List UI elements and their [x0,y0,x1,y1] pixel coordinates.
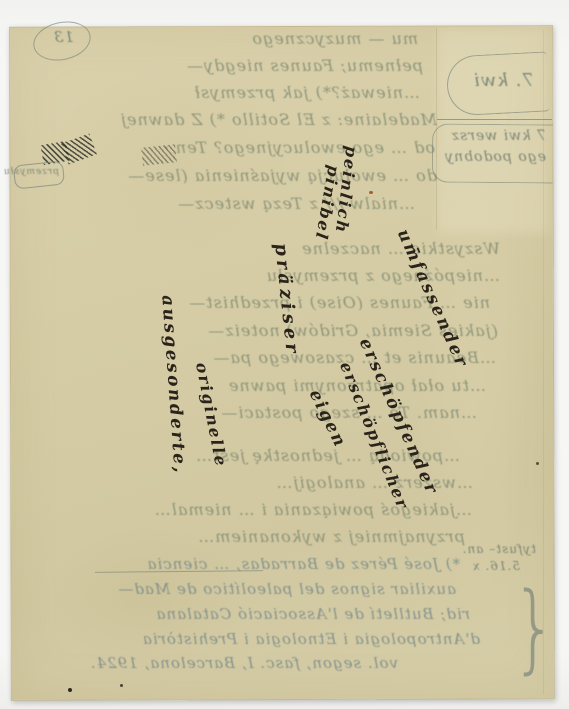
left-margin-box-label: przemysłu [17,168,59,177]
closing-brace-mark: } [512,572,558,684]
bottom-right-note-line1: tyfust– an. [462,543,536,555]
right-margin-rule [437,119,552,120]
ink-speck [68,688,72,692]
scan-background: mu — muzycznego pełnemu; Faunes niegdy— … [0,0,569,709]
bottom-right-note-line2: 5.16. x [472,560,520,572]
bleedthrough-line: do … ewolucją wyjaśnienia (lese— [55,168,437,184]
bleedthrough-citation-line: vol. segon, fasc. I, Barcelona, 1924. [62,656,398,671]
bleedthrough-line: przynajmniej z wykonaniem… [85,529,465,545]
bleedthrough-line: Madelaine: z El Sotillo *) Z dawnej [55,112,437,128]
bleedthrough-line: mu — muzycznego [150,31,418,47]
bleedthrough-line: od … ego ewolucyjnego? Ten · [55,140,435,156]
bleedthrough-line: …jakiegoś powiązania i … niemal… [90,502,472,518]
bleedthrough-line: …nialw /// z Tezą wstecz— [75,196,415,212]
right-margin-box-line2: ego podobny [442,150,546,164]
bleedthrough-line: …niepóźnego z przemysłu [140,268,500,284]
bleedthrough-line: pełnemu; Faunes niegdy— [55,58,423,74]
bleedthrough-citation-line: rid; Butlletí de l'Associació Catalana [40,607,470,622]
right-margin-oval-label: 7. kwi [462,72,534,90]
bleedthrough-citation-line: d'Antropologia i Etnologia i Prehistòria [40,632,480,647]
ink-speck [120,684,123,687]
right-margin-box-line1: 7 kwi wersz [462,129,546,143]
bleedthrough-line: …nieważ?*) jak przemysł [60,85,420,101]
top-left-oval-label: 13 [44,30,74,45]
crossed-out-scribble [141,144,177,165]
bleedthrough-citation-line: auxiliar signos del paleolítico de Mad— [36,582,456,597]
foxing-speck [369,191,373,194]
ink-speck [536,462,539,465]
bleedthrough-line: Wszystkie … naczelne [148,241,500,257]
